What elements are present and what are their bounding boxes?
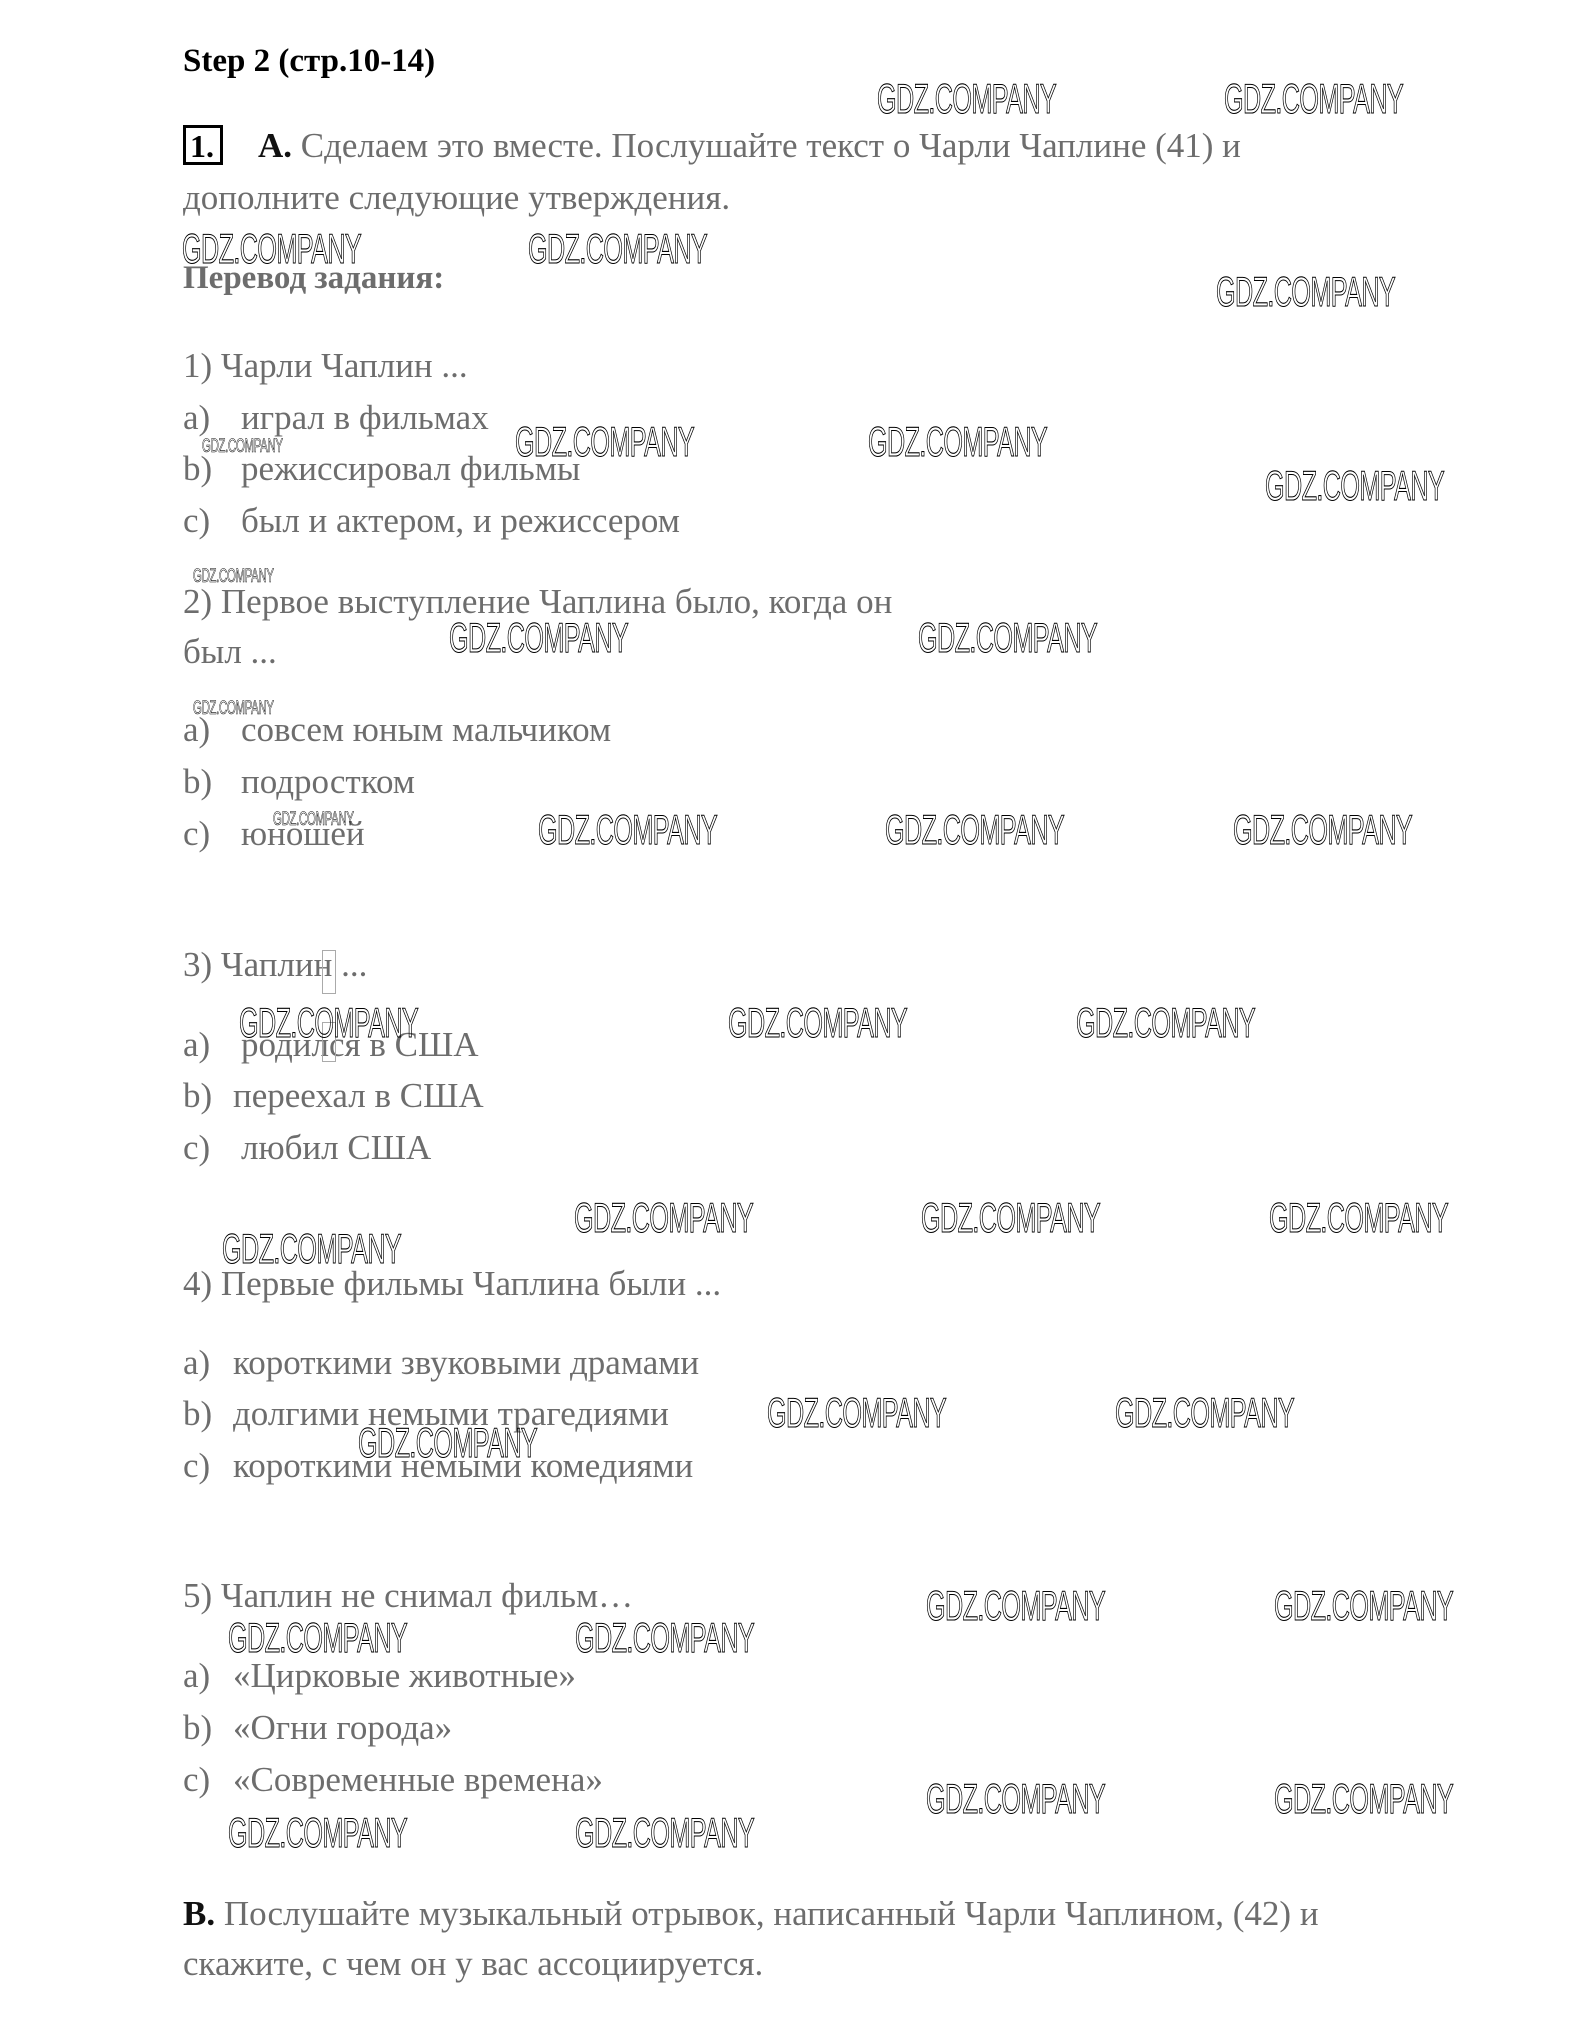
- option-text: переехал в США: [233, 1076, 484, 1115]
- watermark: GDZ.COMPANY: [728, 1002, 907, 1044]
- option-text: совсем юным мальчиком: [241, 710, 611, 749]
- watermark: GDZ.COMPANY: [921, 1197, 1100, 1239]
- question-3-option-c: c)любил США: [183, 1130, 431, 1165]
- option-text: «Цирковые животные»: [233, 1656, 576, 1695]
- watermark-small: GDZ.COMPANY: [202, 437, 283, 456]
- option-text: играл в фильмах: [241, 398, 489, 437]
- watermark: GDZ.COMPANY: [1224, 78, 1403, 120]
- watermark: GDZ.COMPANY: [877, 78, 1056, 120]
- option-letter: c): [183, 816, 241, 851]
- watermark: GDZ.COMPANY: [767, 1392, 946, 1434]
- option-letter: c): [183, 1130, 241, 1165]
- option-text: был и актером, и режиссером: [241, 501, 680, 540]
- part-a-text-line1: Сделаем это вместе. Послушайте текст о Ч…: [301, 126, 1241, 165]
- question-3-option-b: b)переехал в США: [183, 1078, 484, 1113]
- option-letter: b): [183, 1710, 233, 1745]
- option-text: короткими звуковыми драмами: [233, 1343, 699, 1382]
- option-letter: b): [183, 1078, 233, 1113]
- question-5-stem: 5) Чаплин не снимал фильм…: [183, 1578, 633, 1613]
- part-a-line1: A. Сделаем это вместе. Послушайте текст …: [258, 128, 1241, 163]
- watermark: GDZ.COMPANY: [239, 1002, 418, 1044]
- option-text: любил США: [241, 1128, 431, 1167]
- watermark: GDZ.COMPANY: [228, 1812, 407, 1854]
- watermark: GDZ.COMPANY: [1265, 465, 1444, 507]
- option-letter: b): [183, 764, 241, 799]
- watermark: GDZ.COMPANY: [515, 421, 694, 463]
- option-letter: a): [183, 400, 241, 435]
- question-5-option-b: b)«Огни города»: [183, 1710, 452, 1745]
- document-page: Step 2 (стр.10-14) 1. A. Сделаем это вме…: [0, 0, 1582, 2030]
- watermark: GDZ.COMPANY: [885, 809, 1064, 851]
- part-b-text-line1: Послушайте музыкальный отрывок, написанн…: [224, 1894, 1319, 1933]
- question-1-option-c: c)был и актером, и режиссером: [183, 503, 680, 538]
- watermark: GDZ.COMPANY: [868, 421, 1047, 463]
- page-title: Step 2 (стр.10-14): [183, 45, 435, 78]
- question-2-option-b: b)подростком: [183, 764, 415, 799]
- question-4-option-a: a)короткими звуковыми драмами: [183, 1345, 699, 1380]
- watermark: GDZ.COMPANY: [926, 1585, 1105, 1627]
- watermark: GDZ.COMPANY: [358, 1422, 537, 1464]
- option-text: «Современные времена»: [233, 1760, 603, 1799]
- option-letter: b): [183, 1396, 233, 1431]
- part-b-line1: B. Послушайте музыкальный отрывок, напис…: [183, 1896, 1319, 1931]
- part-a-label: A.: [258, 126, 292, 165]
- question-1-option-a: a)играл в фильмах: [183, 400, 489, 435]
- option-letter: a): [183, 1027, 241, 1062]
- render-artifact: [322, 950, 336, 994]
- watermark: GDZ.COMPANY: [918, 617, 1097, 659]
- watermark-small: GDZ.COMPANY: [273, 810, 354, 829]
- option-letter: a): [183, 1345, 233, 1380]
- watermark: GDZ.COMPANY: [1216, 271, 1395, 313]
- option-text: подростком: [241, 762, 415, 801]
- watermark: GDZ.COMPANY: [1076, 1002, 1255, 1044]
- watermark: GDZ.COMPANY: [538, 809, 717, 851]
- watermark: GDZ.COMPANY: [449, 617, 628, 659]
- watermark: GDZ.COMPANY: [1115, 1392, 1294, 1434]
- watermark: GDZ.COMPANY: [926, 1778, 1105, 1820]
- watermark: GDZ.COMPANY: [1274, 1778, 1453, 1820]
- part-a-text-line2: дополните следующие утверждения.: [183, 180, 730, 215]
- watermark: GDZ.COMPANY: [528, 228, 707, 270]
- question-3-stem: 3) Чаплин ...: [183, 947, 367, 982]
- question-2-stem-line2: был ...: [183, 634, 277, 669]
- watermark: GDZ.COMPANY: [182, 228, 361, 270]
- watermark-small: GDZ.COMPANY: [193, 567, 274, 586]
- watermark: GDZ.COMPANY: [1233, 809, 1412, 851]
- question-5-option-c: c)«Современные времена»: [183, 1762, 603, 1797]
- option-letter: c): [183, 1762, 233, 1797]
- watermark: GDZ.COMPANY: [228, 1617, 407, 1659]
- part-b-text-line2: скажите, с чем он у вас ассоциируется.: [183, 1946, 763, 1981]
- watermark-small: GDZ.COMPANY: [193, 699, 274, 718]
- watermark: GDZ.COMPANY: [1269, 1197, 1448, 1239]
- part-b-label: B.: [183, 1894, 215, 1933]
- option-text: «Огни города»: [233, 1708, 452, 1747]
- option-letter: c): [183, 1448, 233, 1483]
- watermark: GDZ.COMPANY: [575, 1617, 754, 1659]
- question-1-stem: 1) Чарли Чаплин ...: [183, 348, 468, 383]
- watermark: GDZ.COMPANY: [1274, 1585, 1453, 1627]
- question-5-option-a: a)«Цирковые животные»: [183, 1658, 576, 1693]
- option-letter: a): [183, 1658, 233, 1693]
- option-letter: c): [183, 503, 241, 538]
- watermark: GDZ.COMPANY: [574, 1197, 753, 1239]
- watermark: GDZ.COMPANY: [575, 1812, 754, 1854]
- exercise-number-box: 1.: [183, 125, 223, 165]
- watermark: GDZ.COMPANY: [222, 1228, 401, 1270]
